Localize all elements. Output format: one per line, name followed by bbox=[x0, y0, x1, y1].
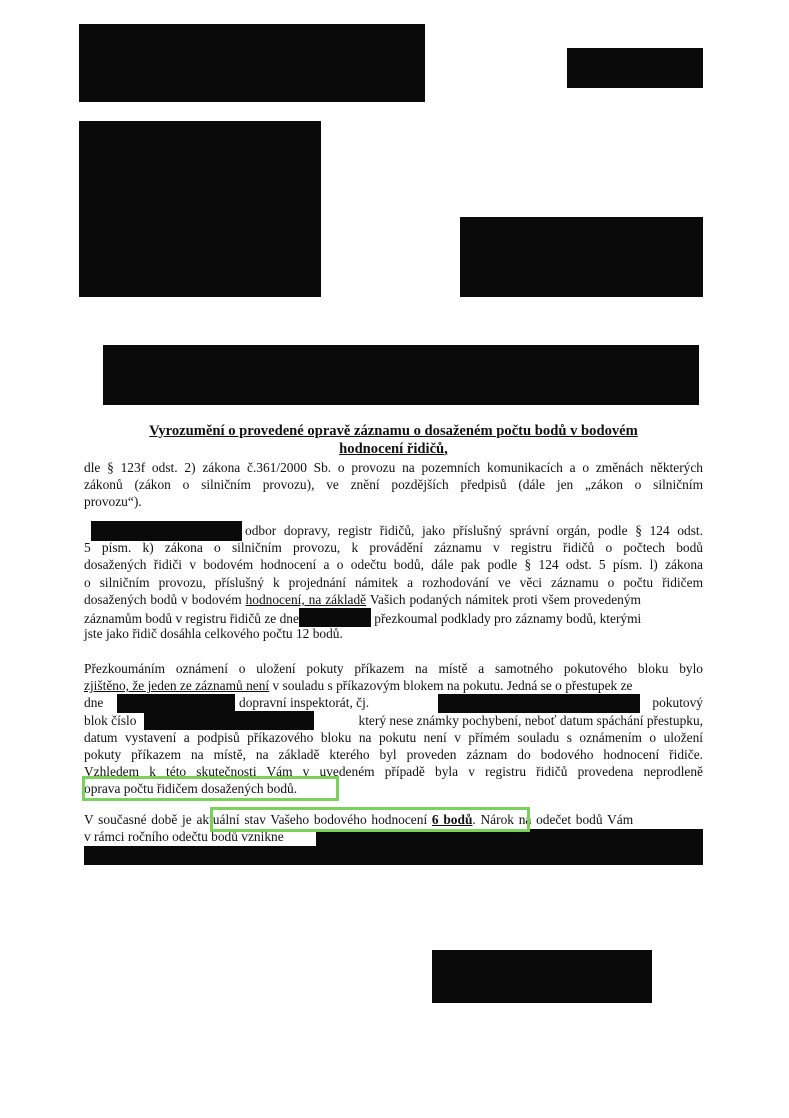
intro-paragraph: dle § 123f odst. 2) zákona č.361/2000 Sb… bbox=[84, 459, 703, 511]
intro-line: dle § 123f odst. 2) zákona č.361/2000 Sb… bbox=[84, 459, 703, 476]
redacted-sender-block bbox=[79, 24, 425, 102]
underlined-phrase: hodnocení, na základě bbox=[246, 592, 367, 607]
para1-line: dosažených řidiči v bodovém hodnocení a … bbox=[84, 556, 703, 573]
para2-defect-text: který nese známky pochybení, neboť datum… bbox=[359, 712, 703, 729]
para2-line: pokuty příkazem na místě, na základě kte… bbox=[84, 746, 703, 763]
para2-line: datum vystavení a podpisů příkazového bl… bbox=[84, 729, 703, 746]
title-line-1: Vyrozumění o provedené opravě záznamu o … bbox=[149, 423, 638, 439]
redacted-subject-block bbox=[103, 345, 699, 405]
redacted-remaining-line bbox=[316, 829, 703, 846]
para2-inspectorate: dopravní inspektorát, čj. bbox=[239, 694, 369, 711]
redacted-date bbox=[299, 608, 371, 627]
intro-line: zákonů (zákon o silničním provozu), ve z… bbox=[84, 476, 703, 493]
redacted-signature-block bbox=[432, 950, 652, 1003]
redacted-following-text bbox=[84, 846, 703, 865]
intro-line: provozu“). bbox=[84, 493, 703, 510]
para3-line-1: V současné době je aktuální stav Vašeho … bbox=[84, 811, 703, 828]
redacted-info-block bbox=[79, 121, 321, 297]
para2-line-2: zjištěno, že jeden ze záznamů není v sou… bbox=[84, 677, 703, 694]
para1-line: jste jako řidič dosáhla celkového počtu … bbox=[84, 625, 703, 642]
redacted-block-number bbox=[144, 711, 314, 730]
redacted-case-number bbox=[438, 694, 640, 713]
document-title: Vyrozumění o provedené opravě záznamu o … bbox=[84, 422, 703, 458]
underlined-phrase: zjištěno, že jeden ze záznamů není bbox=[84, 678, 269, 693]
title-line-2: hodnocení řidičů bbox=[339, 441, 444, 457]
para1-line: o silničním provozu, příslušný k projedn… bbox=[84, 574, 703, 591]
para1-line-6: záznamům bodů v registru řidičů ze dne p… bbox=[84, 608, 703, 625]
para1-line: 5 písm. k) zákona o silničním provozu, k… bbox=[84, 539, 703, 556]
para2-line: Vzhledem k této skutečnosti Vám v uveden… bbox=[84, 763, 703, 780]
current-points-value: 6 bodů bbox=[432, 812, 472, 827]
redacted-authority-name bbox=[91, 521, 242, 541]
para1-line-5: dosažených bodů v bodovém hodnocení, na … bbox=[84, 591, 703, 608]
para2-line-correction: oprava počtu řidičem dosažených bodů. bbox=[84, 780, 703, 797]
redacted-reference-block bbox=[567, 48, 703, 88]
para2-line: Přezkoumáním oznámení o uložení pokuty p… bbox=[84, 660, 703, 677]
title-comma: , bbox=[444, 441, 448, 457]
para2-fine-label: pokutový bbox=[652, 694, 703, 711]
redacted-recipient-block bbox=[460, 217, 703, 297]
